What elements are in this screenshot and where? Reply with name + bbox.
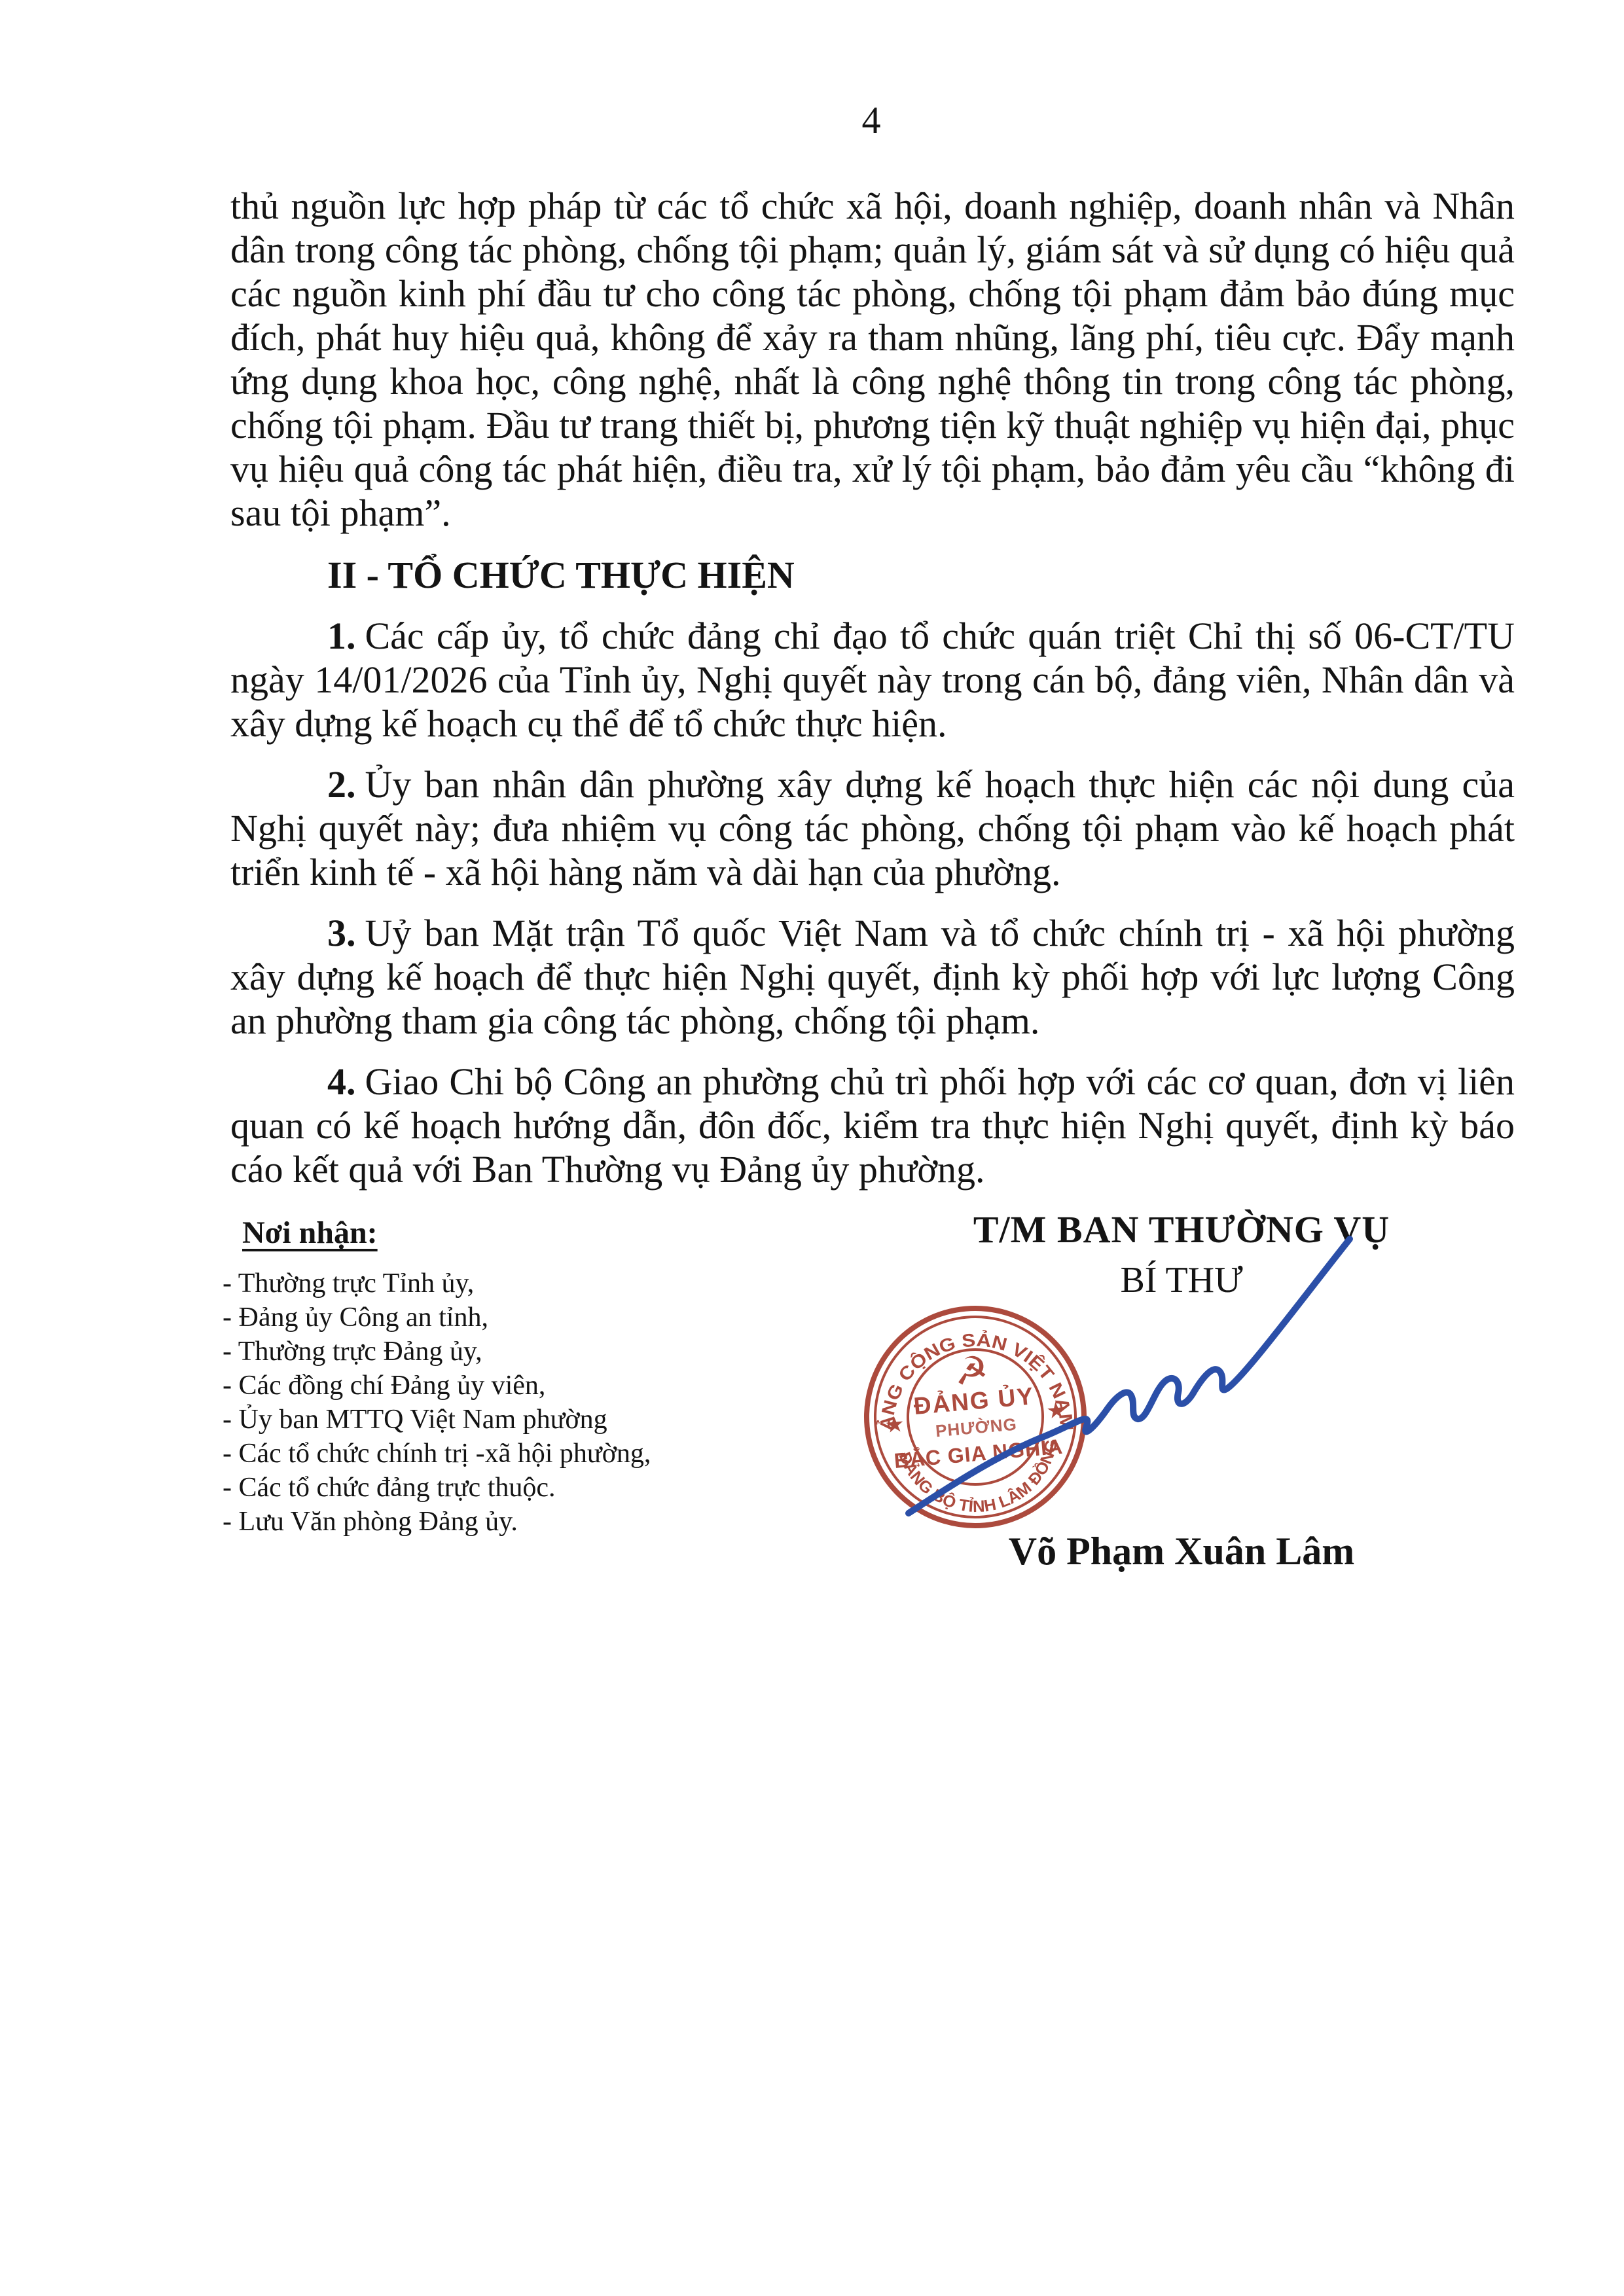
section-heading: II - TỔ CHỨC THỰC HIỆN xyxy=(230,553,1515,597)
paragraph-text: Uỷ ban Mặt trận Tổ quốc Việt Nam và tổ c… xyxy=(230,912,1515,1042)
paragraph-number: 3. xyxy=(327,912,356,954)
signature-role-line: BÍ THƯ xyxy=(877,1259,1486,1301)
paragraph-text: Ủy ban nhân dân phường xây dựng kế hoạch… xyxy=(230,763,1515,893)
recipient-item: - Các tổ chức đảng trực thuộc. xyxy=(223,1471,812,1505)
stamp-outer-ring xyxy=(857,1299,1093,1535)
paragraph-number: 4. xyxy=(327,1060,356,1103)
stamp-arc-bottom-text: ĐẢNG BỘ TỈNH LÂM ĐỒNG xyxy=(895,1437,1067,1523)
body-paragraph-2: 2.Ủy ban nhân dân phường xây dựng kế hoạ… xyxy=(230,762,1515,894)
recipients-label: Nơi nhận: xyxy=(242,1215,812,1251)
recipient-item: - Các đồng chí Đảng ủy viên, xyxy=(223,1369,812,1403)
page-number: 4 xyxy=(230,98,1512,142)
recipient-item: - Lưu Văn phòng Đảng ủy. xyxy=(223,1505,812,1539)
recipient-item: - Đảng ủy Công an tỉnh, xyxy=(223,1300,812,1335)
hammer-sickle-icon: ☭ xyxy=(952,1347,990,1394)
signature-block: T/M BAN THƯỜNG VỤ BÍ THƯ xyxy=(877,1208,1486,1301)
star-icon: ★ xyxy=(1045,1397,1068,1425)
body-paragraph-3: 3.Uỷ ban Mặt trận Tổ quốc Việt Nam và tổ… xyxy=(230,911,1515,1043)
stamp-center-line1: ĐẢNG ỦY xyxy=(912,1382,1036,1420)
signer-name: Võ Phạm Xuân Lâm xyxy=(877,1529,1486,1574)
body-paragraph-1: 1.Các cấp ủy, tổ chức đảng chỉ đạo tổ ch… xyxy=(230,614,1515,745)
recipient-item: - Thường trực Đảng ủy, xyxy=(223,1335,812,1369)
paragraph-text: Giao Chi bộ Công an phường chủ trì phối … xyxy=(230,1060,1515,1191)
paragraph-number: 1. xyxy=(327,615,356,657)
paragraph-text: Các cấp ủy, tổ chức đảng chỉ đạo tổ chức… xyxy=(230,615,1515,745)
star-icon: ★ xyxy=(884,1411,906,1439)
paragraph-number: 2. xyxy=(327,763,356,806)
signature-authority-line: T/M BAN THƯỜNG VỤ xyxy=(877,1208,1486,1251)
body-paragraph-intro: thủ nguồn lực hợp pháp từ các tổ chức xã… xyxy=(230,184,1515,535)
body-paragraph-4: 4.Giao Chi bộ Công an phường chủ trì phố… xyxy=(230,1060,1515,1191)
stamp-center-line2: PHƯỜNG xyxy=(935,1414,1018,1441)
stamp-center-line3: BẮC GIA NGHĨA xyxy=(893,1435,1064,1473)
document-page: 4 thủ nguồn lực hợp pháp từ các tổ chức … xyxy=(0,0,1624,2296)
recipients-block: Nơi nhận: - Thường trực Tỉnh ủy, - Đảng … xyxy=(223,1215,812,1539)
recipient-item: - Ủy ban MTTQ Việt Nam phường xyxy=(223,1403,812,1437)
svg-text:ĐẢNG BỘ TỈNH LÂM ĐỒNG: ĐẢNG BỘ TỈNH LÂM ĐỒNG xyxy=(895,1437,1067,1523)
recipient-item: - Các tổ chức chính trị -xã hội phường, xyxy=(223,1437,812,1471)
recipient-item: - Thường trực Tỉnh ủy, xyxy=(223,1266,812,1300)
